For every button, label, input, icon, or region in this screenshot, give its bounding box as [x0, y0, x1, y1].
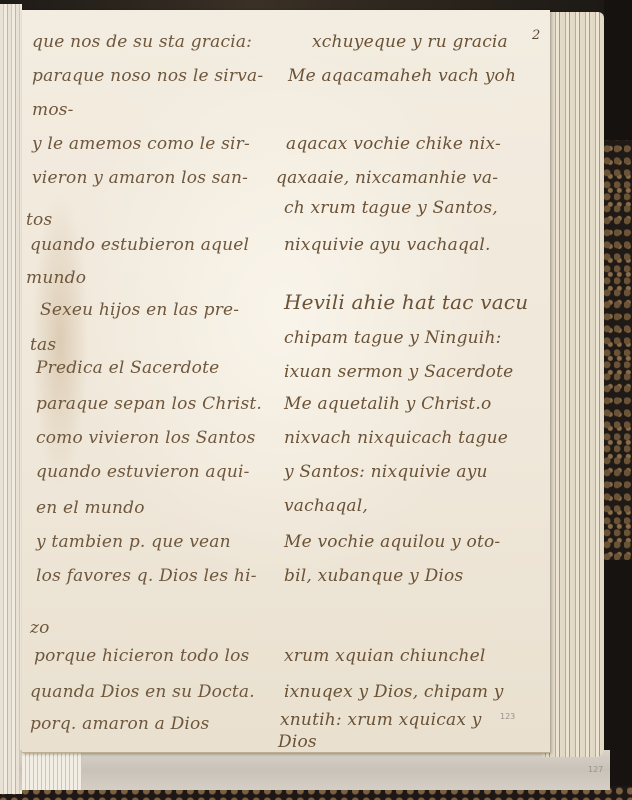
left-line: en el mundo [36, 498, 145, 518]
left-line: que nos de su sta gracia: [32, 32, 252, 52]
left-line: vieron y amaron los san- [32, 168, 248, 188]
right-line: qaxaaie, nixcamanhie va- [276, 168, 498, 188]
right-line: ixnuqex y Dios, chipam y [284, 682, 504, 702]
left-line: Sexeu hijos en las pre- [40, 300, 239, 320]
right-line: nixvach nixquicach tague [284, 428, 508, 448]
left-line: Predica el Sacerdote [36, 358, 219, 378]
left-line: porq. amaron a Dios [30, 714, 209, 734]
right-line: ch xrum tague y Santos, [284, 198, 498, 218]
left-line: mundo [26, 268, 86, 288]
left-line: paraque noso nos le sirva- [32, 66, 263, 86]
left-line: porque hicieron todo los [34, 646, 249, 666]
left-line: quanda Dios en su Docta. [30, 682, 255, 702]
page-stack-right [542, 12, 604, 757]
right-line: Me aquetalih y Christ.o [284, 394, 491, 414]
left-line: y le amemos como le sir- [32, 134, 250, 154]
left-line: quando estuvieron aqui- [36, 462, 250, 482]
right-line: nixquivie ayu vachaqal. [284, 235, 491, 255]
right-line: ixuan sermon y Sacerdote [284, 362, 513, 382]
page-edges-left [0, 4, 22, 794]
manuscript-page: 2 que nos de su sta gracia: paraque noso… [22, 10, 550, 753]
right-line: y Santos: nixquivie ayu [284, 462, 488, 482]
left-line: paraque sepan los Christ. [36, 394, 262, 414]
folio-number: 2 [532, 28, 540, 43]
left-line: quando estubieron aquel [30, 235, 249, 255]
left-line: tas [30, 335, 56, 355]
right-line: chipam tague y Ninguih: [284, 328, 502, 348]
left-line: tos [26, 210, 52, 230]
left-line: los favores q. Dios les hi- [36, 566, 257, 586]
right-line: vachaqal, [284, 496, 368, 516]
right-line: Hevili ahie hat tac vacu [284, 290, 528, 314]
left-line: y tambien p. que vean [36, 532, 231, 552]
right-line: bil, xubanque y Dios [284, 566, 463, 586]
right-line: xchuyeque y ru gracia [312, 32, 508, 52]
right-line: Me vochie aquilou y oto- [284, 532, 500, 552]
right-line: Dios [278, 732, 317, 752]
pencil-note: 127 [588, 765, 603, 774]
left-line: zo [30, 618, 50, 638]
book-cover-right [604, 0, 632, 800]
pencil-note: 123 [500, 712, 515, 721]
right-line: xrum xquian chiunchel [284, 646, 486, 666]
left-line: como vivieron los Santos [36, 428, 256, 448]
right-line: Me aqacamaheh vach yoh [288, 66, 516, 86]
right-line: aqacax vochie chike nix- [286, 134, 501, 154]
right-line: xnutih: xrum xquicax y [280, 710, 482, 730]
page-stack-bottom [20, 750, 610, 790]
left-line: mos- [32, 100, 74, 120]
